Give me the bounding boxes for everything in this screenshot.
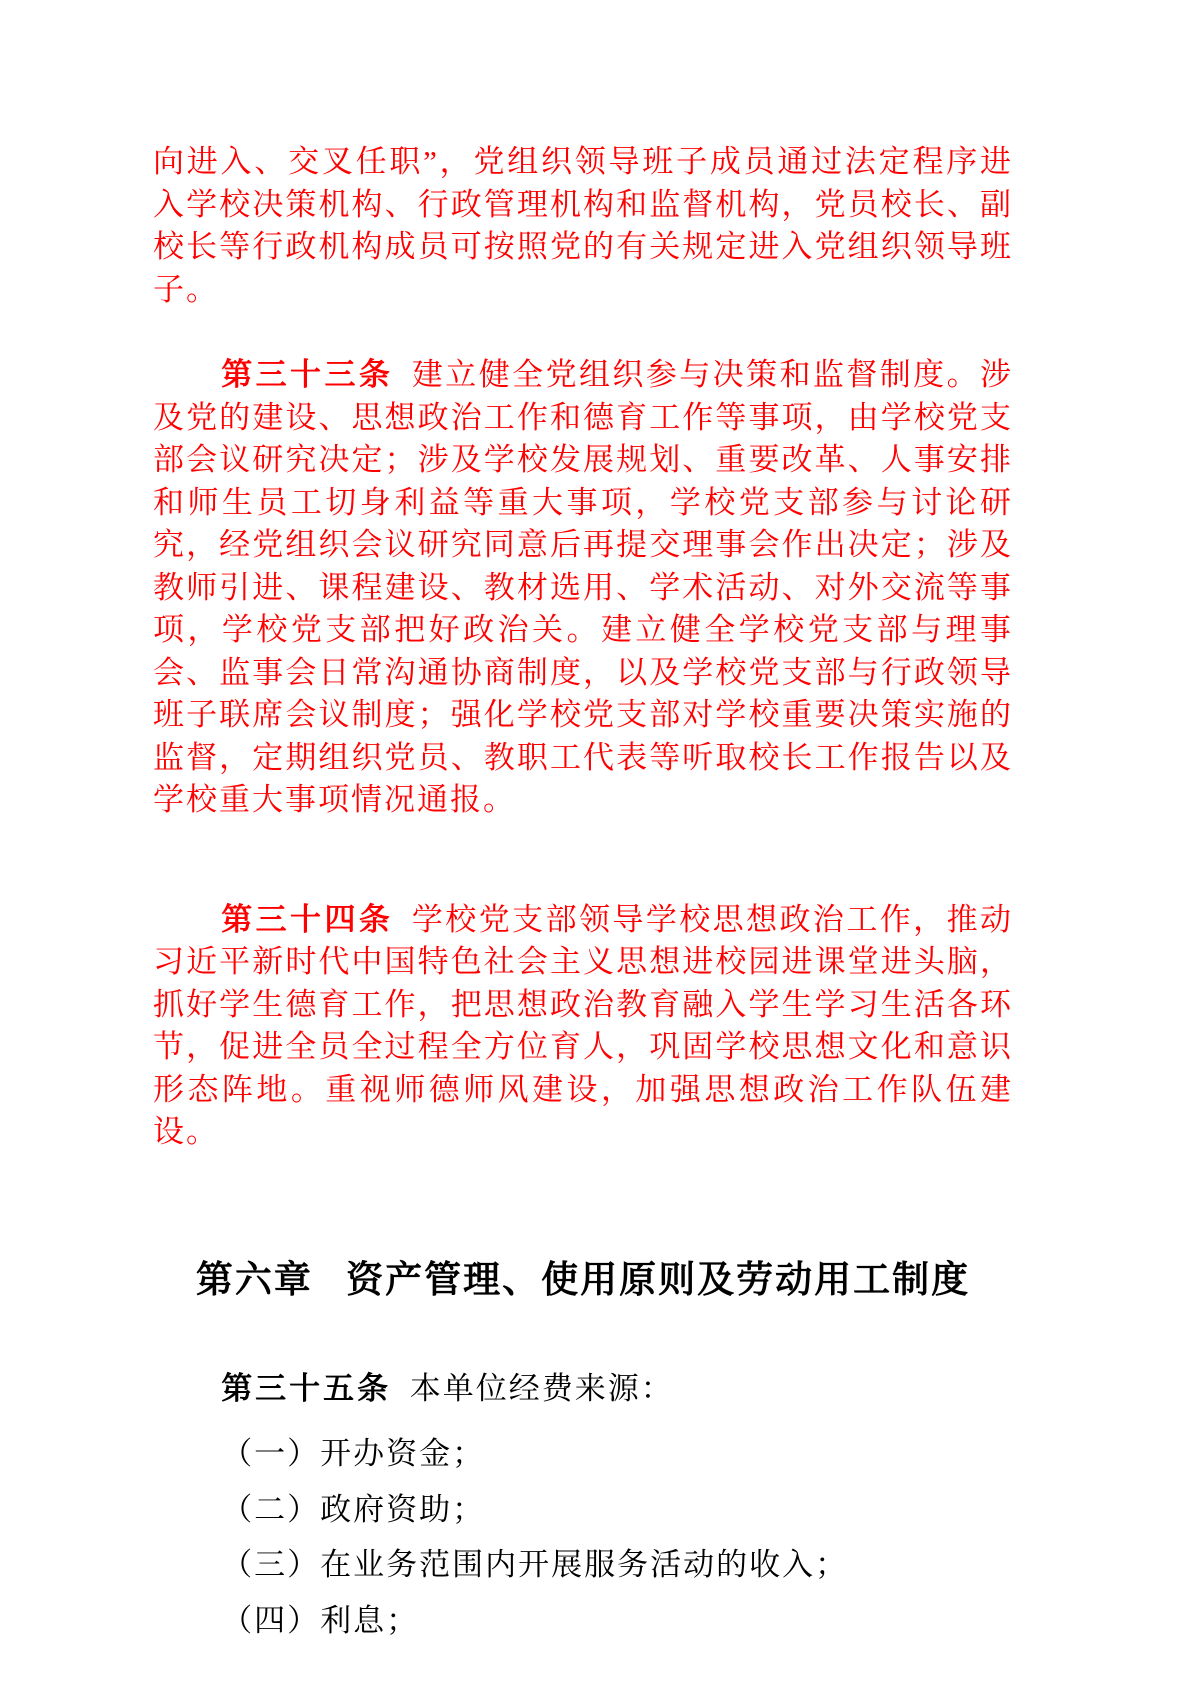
chapter-number: 第六章 (196, 1259, 313, 1300)
article-35-number: 第三十五条 (221, 1371, 391, 1406)
funding-source-item-3: （三）在业务范围内开展服务活动的收入； (153, 1544, 1013, 1587)
document-page: 向进入、交叉任职”，党组织领导班子成员通过法定程序进入学校决策机构、行政管理机构… (0, 0, 1191, 1684)
article-35-paragraph: 第三十五条本单位经费来源： (153, 1368, 1013, 1411)
continuation-paragraph: 向进入、交叉任职”，党组织领导班子成员通过法定程序进入学校决策机构、行政管理机构… (153, 141, 1013, 311)
article-33-paragraph: 第三十三条建立健全党组织参与决策和监督制度。涉及党的建设、思想政治工作和德育工作… (153, 354, 1013, 822)
article-33-number: 第三十三条 (221, 357, 393, 392)
funding-source-item-2: （二）政府资助； (153, 1489, 1013, 1532)
funding-source-item-1: （一）开办资金； (153, 1433, 1013, 1476)
article-34-paragraph: 第三十四条学校党支部领导学校思想政治工作，推动习近平新时代中国特色社会主义思想进… (153, 899, 1013, 1154)
article-34-text: 学校党支部领导学校思想政治工作，推动习近平新时代中国特色社会主义思想进校园进课堂… (153, 902, 1013, 1150)
article-34-number: 第三十四条 (221, 902, 393, 937)
funding-source-item-4: （四）利息； (153, 1600, 1013, 1643)
article-35-intro: 本单位经费来源： (410, 1371, 674, 1406)
chapter-title: 资产管理、使用原则及劳动用工制度 (346, 1259, 970, 1300)
chapter-6-heading: 第六章资产管理、使用原则及劳动用工制度 (153, 1252, 1013, 1308)
article-33-text: 建立健全党组织参与决策和监督制度。涉及党的建设、思想政治工作和德育工作等事项，由… (153, 357, 1013, 817)
